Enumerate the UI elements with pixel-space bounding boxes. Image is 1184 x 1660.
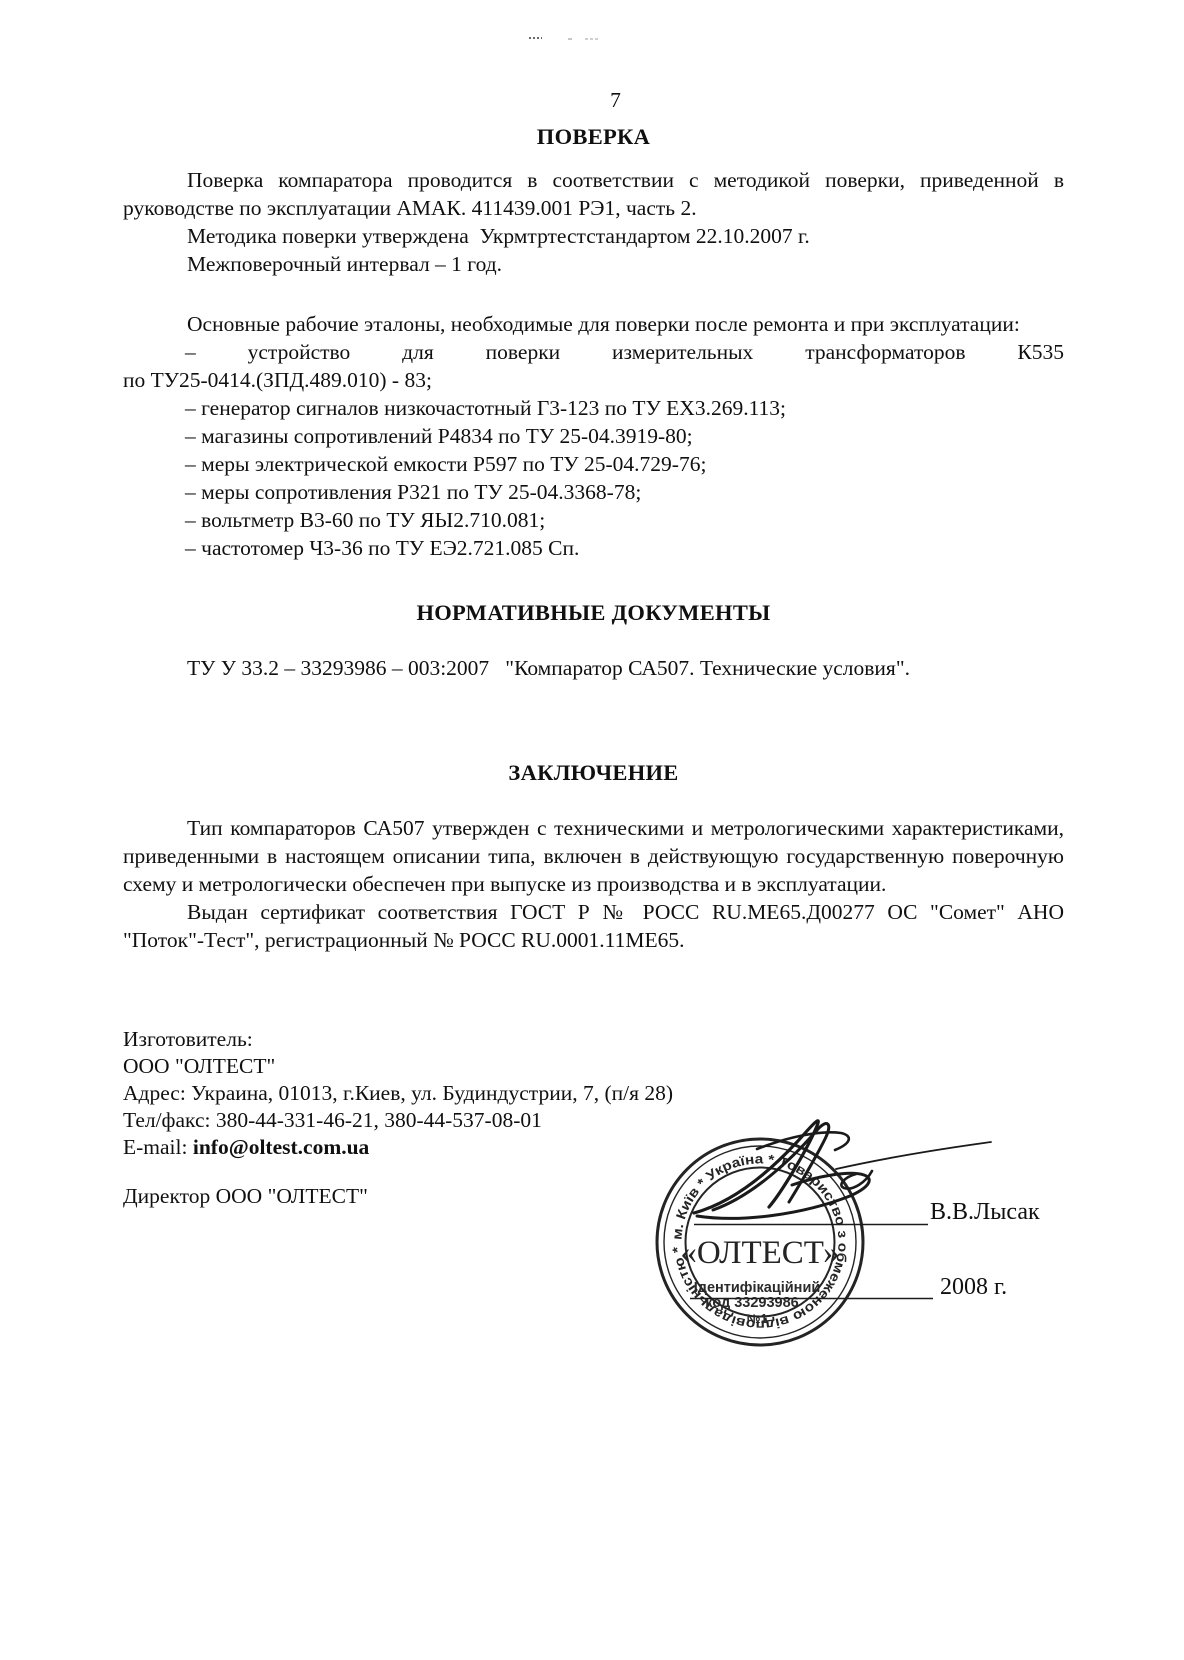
stamp-number: №1: [747, 1312, 768, 1326]
stamp-company-name: «ОЛТЕСТ»: [680, 1235, 839, 1271]
signature-year: 2008 г.: [940, 1275, 1007, 1300]
stamp-id-code: код 33293986: [705, 1295, 798, 1311]
signatory-name: В.В.Лысак: [930, 1200, 1040, 1225]
signature-stroke: [836, 1142, 991, 1169]
stamp-signature-overlay: м. Київ * Україна * Товариство з обмежен…: [0, 0, 1184, 1660]
document-page: 7 ПОВЕРКА Поверка компаратора проводится…: [0, 0, 1184, 1660]
stamp-id-label: Ідентифікаційний: [694, 1280, 821, 1296]
